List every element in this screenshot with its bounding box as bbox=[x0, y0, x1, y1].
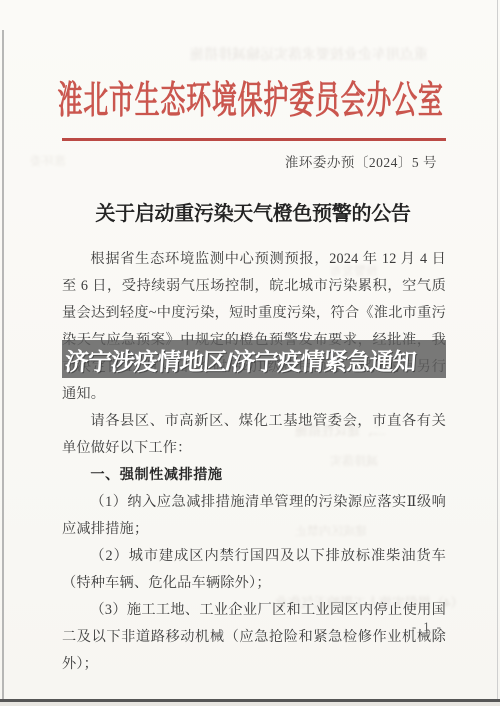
notice-title: 关于启动重污染天气橙色预警的公告 bbox=[0, 197, 500, 226]
paragraph-request: 请各县区、市高新区、煤化工基地管委会，市直各有关单位做好以下工作： bbox=[62, 408, 446, 462]
overlay-alert-banner: 济宁涉疫情地区/济宁疫情紧急通知 bbox=[62, 340, 446, 378]
letterhead-divider-rule bbox=[62, 138, 446, 141]
measure-item-3: （3）施工工地、工业企业厂区和工业园区内停止使用国二及以下非道路移动机械（应急抢… bbox=[62, 597, 446, 678]
measure-item-1: （1）纳入应急减排措施清单管理的污染源应落实Ⅱ级响应减排措施； bbox=[62, 489, 446, 543]
section-heading-mandatory-measures: 一、强制性减排措施 bbox=[62, 462, 446, 489]
scan-edge-right bbox=[497, 0, 498, 706]
bleedthrough-text: 重点用车企业按要求落实运输减排措施 bbox=[88, 44, 428, 64]
letterhead-org-title-text: 淮北市生态环境保护委员会办公室 bbox=[57, 69, 443, 124]
measure-item-2: （2）城市建成区内禁行国四及以下排放标准柴油货车（特种车辆、危化品车辆除外）； bbox=[62, 543, 446, 597]
notice-body: 根据省生态环境监测中心预测预报，2024 年 12 月 4 日至 6 日，受持续… bbox=[62, 246, 446, 678]
overlay-alert-banner-text: 济宁涉疫情地区/济宁疫情紧急通知 bbox=[64, 342, 417, 377]
document-number: 淮环委办预〔2024〕5 号 bbox=[0, 151, 437, 171]
scanned-document-page: 重点用车企业按要求落实运输减排措施 淮环委 预警发布 二、建议性措施 减排落实 … bbox=[0, 0, 500, 706]
page-number: - 1 - bbox=[412, 620, 443, 635]
letterhead-org-title: 淮北市生态环境保护委员会办公室 bbox=[0, 70, 500, 122]
scan-edge-bottom-pad bbox=[0, 702, 500, 706]
scan-edge-left bbox=[2, 30, 4, 706]
paragraph-forecast: 根据省生态环境监测中心预测预报，2024 年 12 月 4 日至 6 日，受持续… bbox=[62, 246, 446, 408]
